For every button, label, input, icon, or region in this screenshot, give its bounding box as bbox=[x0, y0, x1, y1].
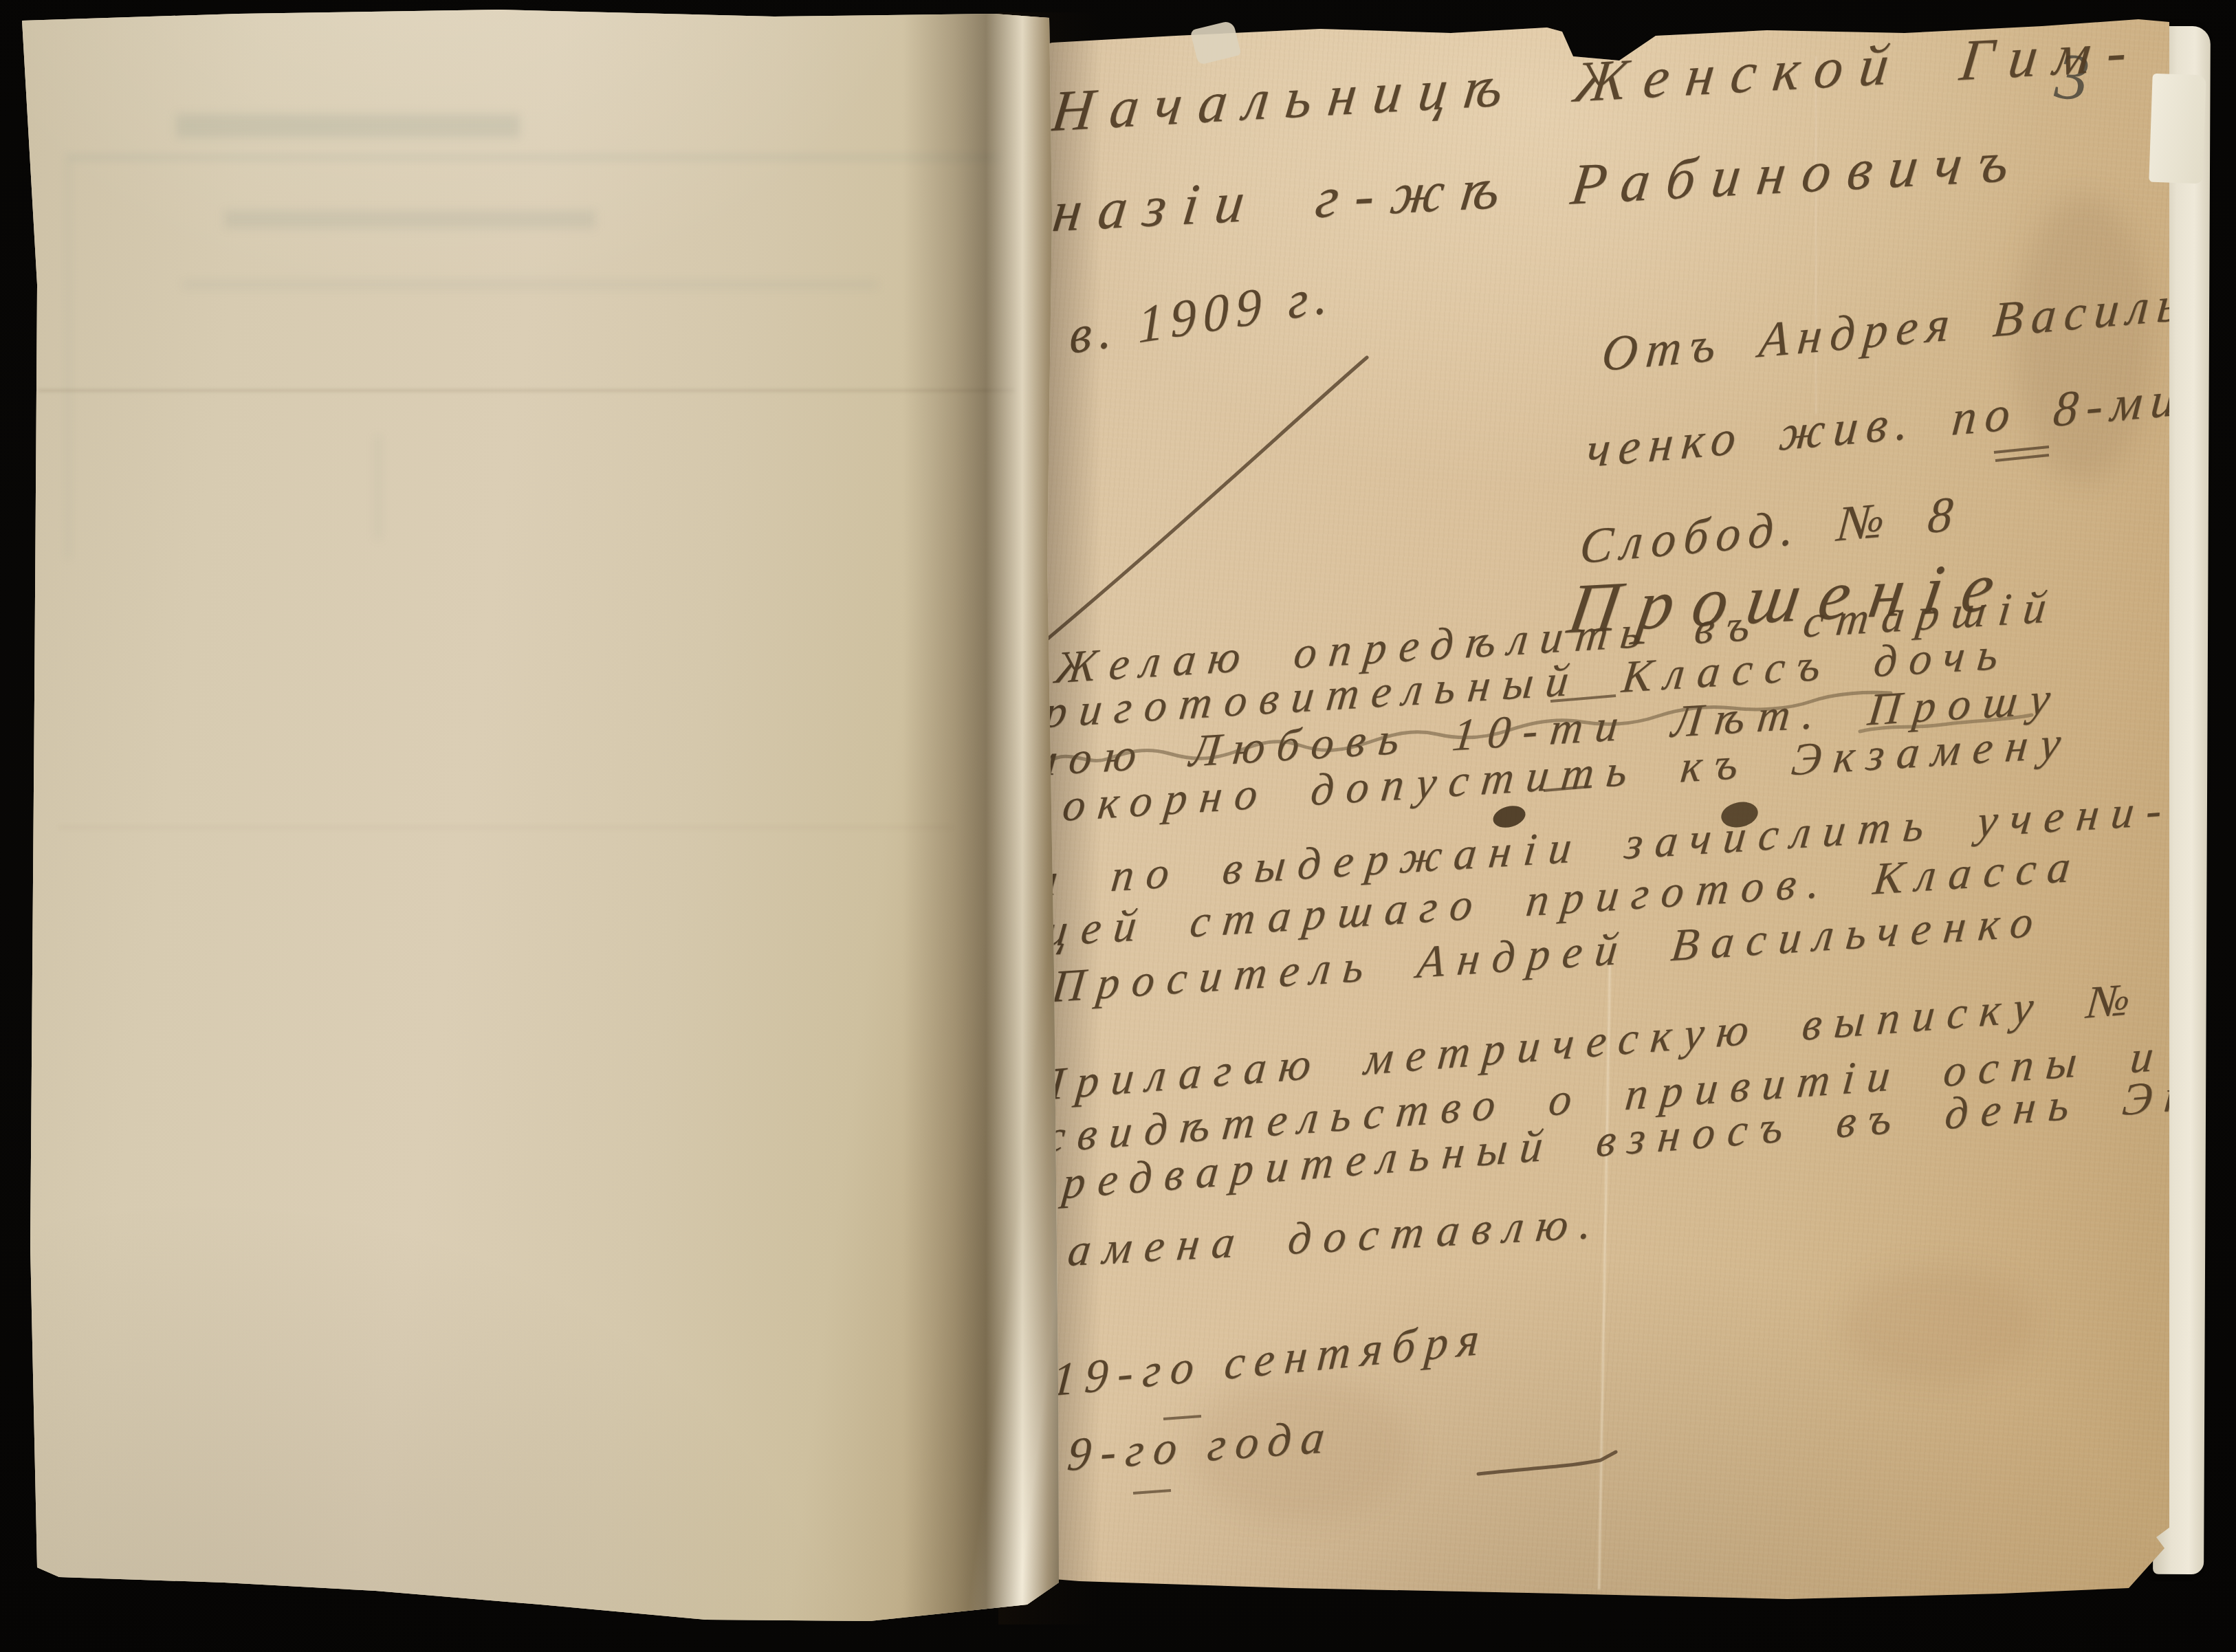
tape-piece-right bbox=[2149, 74, 2206, 184]
paper-stain bbox=[1843, 1266, 2035, 1383]
page-curl-shading bbox=[18, 10, 1059, 1627]
petition-page: 3 Начальницѣ Женской Гим- назіи г-жѣ Раб… bbox=[997, 15, 2169, 1605]
blank-left-page bbox=[18, 10, 1059, 1627]
archive-scan: 3 Начальницѣ Женской Гим- назіи г-жѣ Раб… bbox=[0, 0, 2236, 1652]
